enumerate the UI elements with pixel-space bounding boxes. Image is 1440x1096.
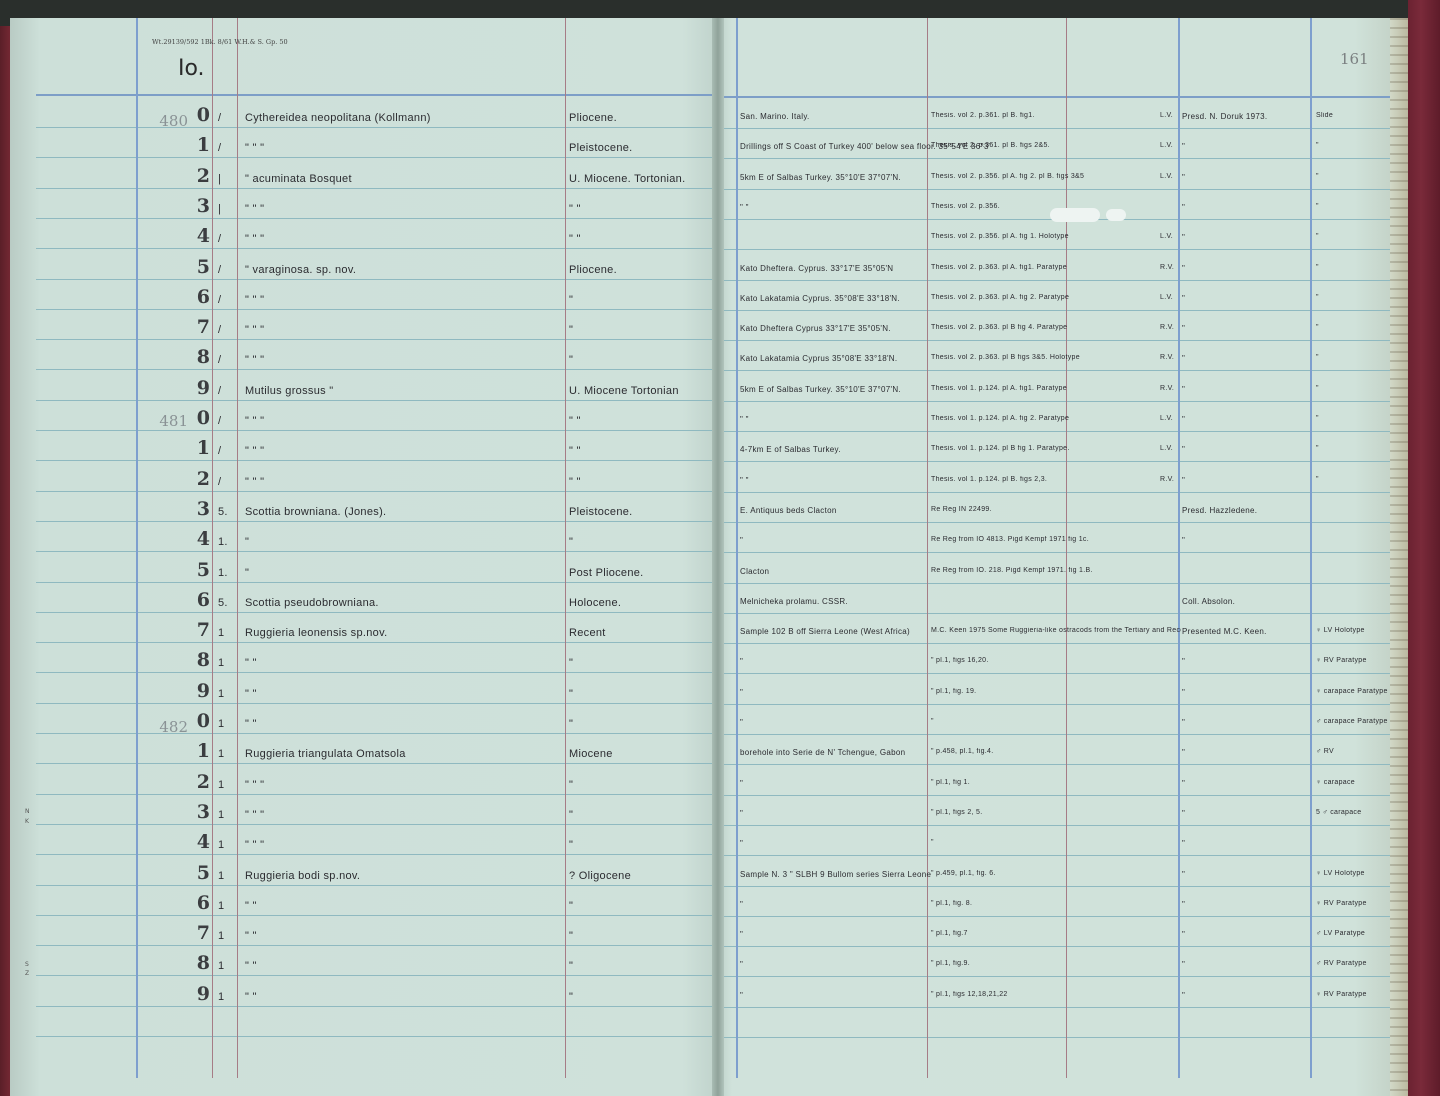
entry-taxon: " " " <box>245 324 264 336</box>
entry-digit: 2 <box>190 165 210 187</box>
entry-donor: " <box>1182 536 1185 545</box>
entry-horizon: " " <box>569 415 581 427</box>
entry-locality: " <box>740 809 743 818</box>
entry-horizon: " <box>569 930 573 942</box>
entry-count: 1 <box>218 718 224 730</box>
entry-horizon: ? Oligocene <box>569 870 631 882</box>
entry-taxon: " " <box>245 991 257 1003</box>
entry-remarks: " <box>1316 445 1319 452</box>
rule-line <box>724 795 1390 796</box>
entry-horizon: " " <box>569 445 581 457</box>
rule-line <box>724 916 1390 917</box>
entry-taxon: " " " <box>245 839 264 851</box>
entry-valve: R.V. <box>1160 354 1174 361</box>
rule-line <box>724 370 1390 371</box>
rule-line <box>1310 18 1312 1078</box>
entry-taxon: " " " <box>245 142 264 154</box>
entry-donor: " <box>1182 142 1185 151</box>
rule-line <box>724 673 1390 674</box>
entry-locality: Kato Lakatamia Cyprus 35°08'E 33°18'N. <box>740 354 897 363</box>
entry-locality: " <box>740 688 743 697</box>
entry-remarks: ♀ RV Paratype <box>1316 900 1367 907</box>
entry-remarks: " <box>1316 233 1319 240</box>
entry-reference: Thesis. vol 2. p.356. pl A. fig 1. Holot… <box>931 233 1069 240</box>
entry-digit: 5 <box>190 862 210 884</box>
entry-donor: " <box>1182 294 1185 303</box>
entry-digit: 0 <box>190 710 210 732</box>
entry-horizon: " <box>569 657 573 669</box>
entry-locality: " <box>740 930 743 939</box>
entry-reference: Thesis. vol 1. p.124. pl B. figs 2,3. <box>931 476 1047 483</box>
entry-reference: Re Reg IN 22499. <box>931 506 992 513</box>
entry-count: 1 <box>218 627 224 639</box>
entry-donor: " <box>1182 203 1185 212</box>
entry-horizon: " <box>569 809 573 821</box>
rule-line <box>724 764 1390 765</box>
entry-locality: 5km E of Salbas Turkey. 35°10'E 37°07'N. <box>740 173 901 182</box>
entry-donor: " <box>1182 900 1185 909</box>
entry-digit: 5 <box>190 559 210 581</box>
entry-digit: 1 <box>190 437 210 459</box>
entry-locality: Sample N. 3 " SLBH 9 Bullom series Sierr… <box>740 870 931 879</box>
entry-count: 1 <box>218 688 224 700</box>
entry-donor: " <box>1182 385 1185 394</box>
margin-mark: Z <box>25 970 29 977</box>
register-prefix: 482 <box>150 718 188 736</box>
entry-digit: 1 <box>190 740 210 762</box>
page-edges <box>1390 18 1410 1096</box>
entry-count: 1 <box>218 991 224 1003</box>
entry-digit: 4 <box>190 528 210 550</box>
rule-line <box>724 976 1390 977</box>
entry-donor: " <box>1182 173 1185 182</box>
entry-taxon: " " " <box>245 445 264 457</box>
entry-remarks: Slide <box>1316 112 1333 119</box>
entry-locality: " " <box>740 203 749 212</box>
rule-line <box>724 704 1390 705</box>
entry-remarks: 5 ♂ carapace <box>1316 809 1361 816</box>
rule-line <box>724 886 1390 887</box>
rule-line <box>724 1007 1390 1008</box>
entry-remarks: ♀ carapace Paratype <box>1316 688 1388 695</box>
entry-remarks: " <box>1316 385 1319 392</box>
entry-valve: R.V. <box>1160 264 1174 271</box>
entry-count: 1 <box>218 657 224 669</box>
entry-locality: " <box>740 991 743 1000</box>
entry-count: 1. <box>218 567 228 579</box>
entry-reference: M.C. Keen 1975 Some Ruggieria-like ostra… <box>931 627 1181 634</box>
entry-count: / <box>218 112 221 124</box>
entry-digit: 9 <box>190 983 210 1005</box>
entry-remarks: " <box>1316 264 1319 271</box>
entry-donor: Coll. Absolon. <box>1182 597 1235 606</box>
rule-line <box>724 128 1390 129</box>
entry-digit: 8 <box>190 346 210 368</box>
entry-taxon: Ruggieria triangulata Omatsola <box>245 748 406 760</box>
entry-taxon: " " " <box>245 415 264 427</box>
entry-reference: Thesis. vol 2. p.356. <box>931 203 1000 210</box>
rule-line <box>724 249 1390 250</box>
entry-digit: 0 <box>190 407 210 429</box>
entry-taxon: " varaginosa. sp. nov. <box>245 264 356 276</box>
entry-taxon: " " <box>245 900 257 912</box>
entry-valve: L.V. <box>1160 445 1173 452</box>
entry-locality: San. Marino. Italy. <box>740 112 810 121</box>
entry-reference: " <box>931 718 934 725</box>
entry-count: 1. <box>218 536 228 548</box>
entry-donor: " <box>1182 264 1185 273</box>
printer-imprint: Wt.29139/592 1Bk. 8/61 W.H.& S. Gp. 50 <box>152 38 288 46</box>
entry-donor: " <box>1182 930 1185 939</box>
entry-valve: R.V. <box>1160 476 1174 483</box>
entry-count: 1 <box>218 900 224 912</box>
entry-donor: " <box>1182 233 1185 242</box>
entry-taxon: " <box>245 536 249 548</box>
entry-digit: 2 <box>190 771 210 793</box>
entry-locality: Melnicheka prolamu. CSSR. <box>740 597 848 606</box>
rule-line <box>565 18 566 1078</box>
entry-horizon: " <box>569 688 573 700</box>
entry-digit: 7 <box>190 922 210 944</box>
entry-taxon: Scottia pseudobrowniana. <box>245 597 379 609</box>
entry-digit: 5 <box>190 256 210 278</box>
entry-locality: " <box>740 839 743 848</box>
entry-reference: Thesis. vol 2. p.356. pl A. fig 2. pl B.… <box>931 173 1084 180</box>
entry-locality: " <box>740 960 743 969</box>
entry-donor: " <box>1182 779 1185 788</box>
entry-horizon: Pliocene. <box>569 264 617 276</box>
entry-locality: Sample 102 B off Sierra Leone (West Afri… <box>740 627 910 636</box>
entry-count: 5. <box>218 506 228 518</box>
entry-remarks: ♂ RV Paratype <box>1316 960 1367 967</box>
entry-taxon: " " <box>245 930 257 942</box>
margin-mark: N <box>25 808 30 815</box>
entry-horizon: Holocene. <box>569 597 621 609</box>
entry-digit: 4 <box>190 831 210 853</box>
rule-line <box>724 401 1390 402</box>
rule-line <box>724 522 1390 523</box>
entry-count: / <box>218 264 221 276</box>
entry-donor: " <box>1182 960 1185 969</box>
entry-taxon: Ruggieria bodi sp.nov. <box>245 870 360 882</box>
entry-valve: L.V. <box>1160 233 1173 240</box>
entry-horizon: Pleistocene. <box>569 506 633 518</box>
entry-digit: 9 <box>190 377 210 399</box>
entry-horizon: " " <box>569 203 581 215</box>
rule-line <box>237 18 238 1078</box>
entry-horizon: " <box>569 294 573 306</box>
entry-valve: L.V. <box>1160 142 1173 149</box>
entry-count: / <box>218 415 221 427</box>
entry-digit: 0 <box>190 104 210 126</box>
rule-line <box>136 18 138 1078</box>
entry-count: / <box>218 445 221 457</box>
entry-locality: " <box>740 657 743 666</box>
entry-digit: 4 <box>190 225 210 247</box>
entry-digit: 9 <box>190 680 210 702</box>
entry-taxon: " " <box>245 688 257 700</box>
entry-locality: " <box>740 718 743 727</box>
rule-line <box>724 855 1390 856</box>
entry-donor: " <box>1182 324 1185 333</box>
entry-locality: 5km E of Salbas Turkey. 35°10'E 37°07'N. <box>740 385 901 394</box>
margin-mark: K <box>25 818 29 825</box>
entry-remarks: " <box>1316 142 1319 149</box>
rule-line <box>724 310 1390 311</box>
entry-reference: Thesis. vol 2. p.361. pl B. fig1. <box>931 112 1035 119</box>
entry-horizon: " <box>569 324 573 336</box>
entry-reference: " pl.1, figs 16,20. <box>931 657 989 664</box>
entry-count: 5. <box>218 597 228 609</box>
entry-valve: L.V. <box>1160 415 1173 422</box>
volume-label: Io. <box>178 56 205 81</box>
entry-digit: 3 <box>190 498 210 520</box>
correction-blot <box>1106 209 1126 221</box>
rule-line <box>724 280 1390 281</box>
entry-taxon: " " <box>245 718 257 730</box>
entry-donor: " <box>1182 809 1185 818</box>
entry-count: / <box>218 354 221 366</box>
entry-locality: borehole into Serie de N' Tchengue, Gabo… <box>740 748 905 757</box>
entry-reference: " pl.1, figs 2, 5. <box>931 809 982 816</box>
entry-taxon: " <box>245 567 249 579</box>
entry-locality: E. Antiquus beds Clacton <box>740 506 837 515</box>
entry-locality: Kato Dheftera Cyprus 33°17'E 35°05'N. <box>740 324 891 333</box>
entry-remarks: " <box>1316 476 1319 483</box>
rule-line <box>736 18 738 1078</box>
rule-line <box>724 340 1390 341</box>
entry-remarks: " <box>1316 203 1319 210</box>
entry-remarks: " <box>1316 354 1319 361</box>
entry-reference: " pl.1, fig 1. <box>931 779 970 786</box>
rule-line <box>212 18 213 1078</box>
entry-donor: " <box>1182 839 1185 848</box>
entry-horizon: Miocene <box>569 748 613 760</box>
entry-horizon: Pleistocene. <box>569 142 633 154</box>
rule-line <box>724 1037 1390 1038</box>
entry-donor: " <box>1182 445 1185 454</box>
entry-reference: Thesis. vol 1. p.124. pl A. fig 2. Parat… <box>931 415 1069 422</box>
entry-locality: Clacton <box>740 567 769 576</box>
entry-taxon: " " " <box>245 809 264 821</box>
entry-count: 1 <box>218 930 224 942</box>
entry-remarks: ♂ LV Paratype <box>1316 930 1365 937</box>
entry-remarks: " <box>1316 173 1319 180</box>
entry-digit: 2 <box>190 468 210 490</box>
entry-donor: " <box>1182 748 1185 757</box>
rule-line <box>724 734 1390 735</box>
rule-line <box>724 461 1390 462</box>
entry-count: / <box>218 233 221 245</box>
rule-line <box>724 825 1390 826</box>
entry-horizon: Recent <box>569 627 606 639</box>
entry-remarks: ♀ carapace <box>1316 779 1355 786</box>
rule-line <box>724 96 1390 98</box>
entry-count: 1 <box>218 870 224 882</box>
entry-digit: 6 <box>190 286 210 308</box>
entry-reference: Re Reg from IO. 218. Pigd Kempf 1971. fi… <box>931 567 1093 574</box>
entry-count: 1 <box>218 960 224 972</box>
entry-valve: R.V. <box>1160 385 1174 392</box>
entry-donor: " <box>1182 718 1185 727</box>
entry-remarks: ♀ RV Paratype <box>1316 657 1367 664</box>
entry-digit: 6 <box>190 589 210 611</box>
entry-digit: 7 <box>190 619 210 641</box>
entry-horizon: " <box>569 839 573 851</box>
entry-donor: Presd. N. Doruk 1973. <box>1182 112 1267 121</box>
entry-valve: L.V. <box>1160 173 1173 180</box>
entry-reference: " pl.1, fig.7 <box>931 930 968 937</box>
entry-locality: " " <box>740 415 749 424</box>
entry-remarks: ♂ RV <box>1316 748 1334 755</box>
entry-digit: 6 <box>190 892 210 914</box>
entry-count: 1 <box>218 748 224 760</box>
rule-line <box>724 552 1390 553</box>
entry-reference: Thesis. vol 1. p.124. pl A. fig1. Paraty… <box>931 385 1067 392</box>
entry-reference: Thesis. vol 2. p.363. pl A. fig 2. Parat… <box>931 294 1069 301</box>
entry-count: 1 <box>218 839 224 851</box>
rule-line <box>724 492 1390 493</box>
entry-digit: 8 <box>190 952 210 974</box>
entry-locality: " " <box>740 476 749 485</box>
rule-line <box>724 431 1390 432</box>
entry-reference: Thesis. vol 2. p.363. pl B figs 3&5. Hol… <box>931 354 1080 361</box>
rule-line <box>1178 18 1180 1078</box>
entry-remarks: ♂ carapace Paratype <box>1316 718 1388 725</box>
register-prefix: 480 <box>150 112 188 130</box>
rule-line <box>724 189 1390 190</box>
entry-reference: Thesis. vol 1. p.124. pl B fig 1. Paraty… <box>931 445 1070 452</box>
entry-donor: " <box>1182 688 1185 697</box>
entry-donor: " <box>1182 657 1185 666</box>
entry-reference: " pl.1, figs 12,18,21,22 <box>931 991 1008 998</box>
entry-valve: L.V. <box>1160 294 1173 301</box>
entry-taxon: " " <box>245 960 257 972</box>
entry-digit: 1 <box>190 134 210 156</box>
entry-taxon: " " " <box>245 233 264 245</box>
entry-donor: " <box>1182 476 1185 485</box>
entry-locality: " <box>740 536 743 545</box>
entry-reference: " pl.1, fig. 8. <box>931 900 972 907</box>
entry-taxon: " " " <box>245 476 264 488</box>
entry-remarks: " <box>1316 294 1319 301</box>
entry-taxon: " " " <box>245 294 264 306</box>
entry-horizon: " <box>569 991 573 1003</box>
entry-taxon: Cythereidea neopolitana (Kollmann) <box>245 112 431 124</box>
entry-reference: Thesis. vol 2. p.363. pl A. fig1. Paraty… <box>931 264 1067 271</box>
entry-taxon: " " <box>245 657 257 669</box>
entry-digit: 7 <box>190 316 210 338</box>
entry-horizon: Pliocene. <box>569 112 617 124</box>
entry-remarks: ♀ RV Paratype <box>1316 991 1367 998</box>
entry-count: 1 <box>218 779 224 791</box>
book-cover-right <box>1408 0 1440 1096</box>
register-prefix: 481 <box>150 412 188 430</box>
entry-horizon: " <box>569 960 573 972</box>
entry-remarks: ♀ LV Holotype <box>1316 870 1365 877</box>
entry-locality: Kato Lakatamia Cyprus. 35°08'E 33°18'N. <box>740 294 900 303</box>
entry-count: / <box>218 476 221 488</box>
entry-locality: " <box>740 900 743 909</box>
rule-line <box>724 158 1390 159</box>
rule-line <box>724 946 1390 947</box>
entry-remarks: ♀ LV Holotype <box>1316 627 1365 634</box>
entry-locality: 4-7km E of Salbas Turkey. <box>740 445 841 454</box>
entry-horizon: Post Pliocene. <box>569 567 644 579</box>
entry-reference: Re Reg from IO 4813. Pigd Kempf 1971 fig… <box>931 536 1089 543</box>
entry-reference: " p.458, pl.1, fig.4. <box>931 748 994 755</box>
entry-donor: " <box>1182 991 1185 1000</box>
entry-count: / <box>218 294 221 306</box>
entry-horizon: " " <box>569 233 581 245</box>
entry-donor: " <box>1182 870 1185 879</box>
entry-reference: " p.459, pl.1, fig. 6. <box>931 870 996 877</box>
entry-donor: " <box>1182 415 1185 424</box>
entry-reference: " pl.1, fig.9. <box>931 960 970 967</box>
entry-count: / <box>218 385 221 397</box>
entry-reference: Thesis. vol 2. p.361. pl B. figs 2&5. <box>931 142 1050 149</box>
entry-count: / <box>218 142 221 154</box>
entry-taxon: " " " <box>245 203 264 215</box>
rule-line <box>724 643 1390 644</box>
entry-remarks: " <box>1316 324 1319 331</box>
entry-taxon: " " " <box>245 354 264 366</box>
entry-donor: Presd. Hazzledene. <box>1182 506 1257 515</box>
entry-remarks: " <box>1316 415 1319 422</box>
rule-line <box>724 583 1390 584</box>
entry-reference: " pl.1, fig. 19. <box>931 688 976 695</box>
entry-locality: " <box>740 779 743 788</box>
entry-digit: 3 <box>190 195 210 217</box>
rule-line <box>927 18 928 1078</box>
entry-horizon: " " <box>569 476 581 488</box>
entry-horizon: " <box>569 354 573 366</box>
entry-count: | <box>218 173 221 185</box>
entry-reference: " <box>931 839 934 846</box>
margin-mark: S <box>25 961 29 968</box>
entry-horizon: " <box>569 900 573 912</box>
entry-digit: 3 <box>190 801 210 823</box>
book-gutter <box>712 18 724 1096</box>
entry-digit: 8 <box>190 649 210 671</box>
entry-taxon: Scottia browniana. (Jones). <box>245 506 386 518</box>
rule-line <box>724 613 1390 614</box>
entry-reference: Thesis. vol 2. p.363. pl B fig 4. Paraty… <box>931 324 1067 331</box>
entry-horizon: " <box>569 718 573 730</box>
entry-donor: Presented M.C. Keen. <box>1182 627 1267 636</box>
entry-taxon: " acuminata Bosquet <box>245 173 352 185</box>
entry-taxon: Mutilus grossus " <box>245 385 333 397</box>
entry-horizon: U. Miocene. Tortonian. <box>569 173 685 185</box>
entry-horizon: U. Miocene Tortonian <box>569 385 679 397</box>
entry-horizon: " <box>569 779 573 791</box>
entry-horizon: " <box>569 536 573 548</box>
entry-count: | <box>218 203 221 215</box>
entry-donor: " <box>1182 354 1185 363</box>
entry-count: 1 <box>218 809 224 821</box>
entry-taxon: Ruggieria leonensis sp.nov. <box>245 627 387 639</box>
correction-blot <box>1050 208 1100 222</box>
entry-taxon: " " " <box>245 779 264 791</box>
entry-valve: R.V. <box>1160 324 1174 331</box>
entry-locality: Kato Dheftera. Cyprus. 33°17'E 35°05'N <box>740 264 893 273</box>
page-number: 161 <box>1340 50 1369 68</box>
entry-count: / <box>218 324 221 336</box>
entry-valve: L.V. <box>1160 112 1173 119</box>
